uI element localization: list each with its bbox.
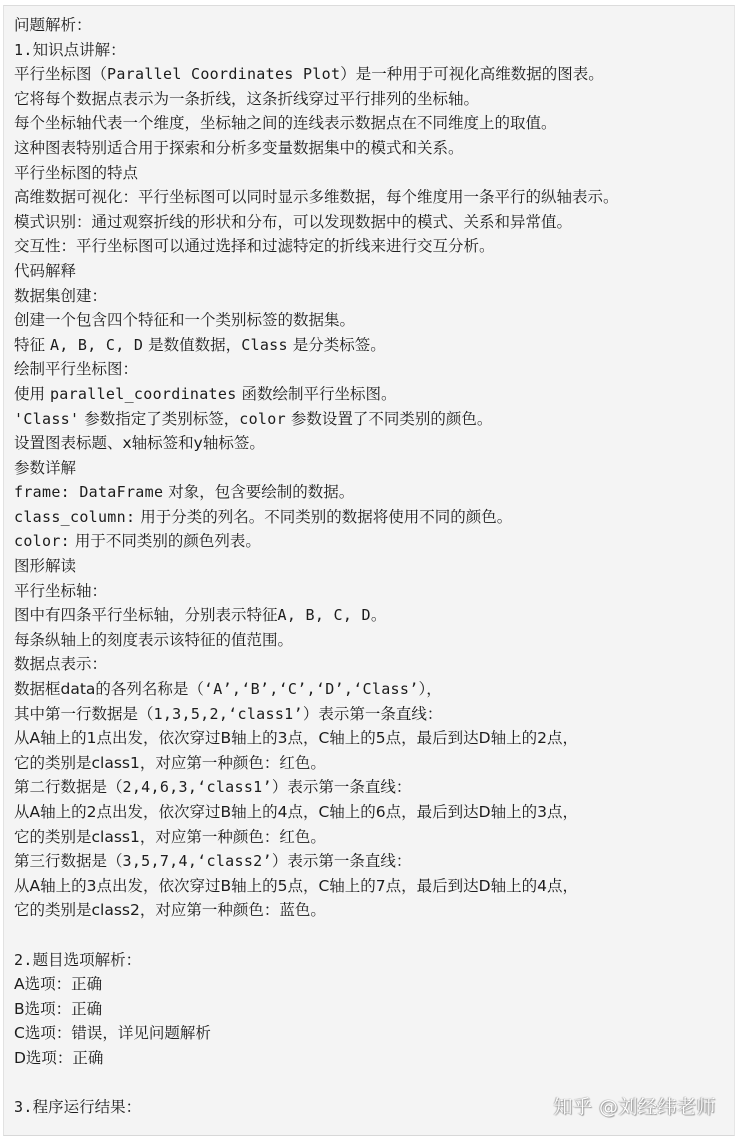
text-fragment: 数据框data的各列名称是（	[14, 680, 204, 698]
text-line: 数据集创建：	[14, 284, 734, 309]
text-line: B选项：正确	[14, 997, 734, 1022]
text-line: 平行坐标轴：	[14, 579, 734, 604]
text-line: 'Class' 参数指定了类别标签，color 参数设置了不同类别的颜色。	[14, 407, 734, 432]
code-fragment: 1.	[14, 41, 33, 59]
text-fragment: 绘制平行坐标图：	[14, 360, 138, 378]
text-line: 2.题目选项解析：	[14, 948, 734, 973]
text-line: 交互性：平行坐标图可以通过选择和过滤特定的折线来进行交互分析。	[14, 234, 734, 259]
text-fragment: 高维数据可视化：平行坐标图可以同时显示多维数据，每个维度用一条平行的纵轴表示。	[14, 188, 619, 206]
text-line: 问题解析：	[14, 13, 734, 38]
code-fragment: A, B, C, D	[50, 336, 143, 354]
text-fragment: 平行坐标图的特点	[14, 164, 138, 182]
text-fragment: 图中有四条平行坐标轴，分别表示特征	[14, 606, 278, 624]
text-fragment: 从A轴上的2点出发，依次穿过B轴上的4点，C轴上的6点，最后到达D轴上的3点，	[14, 803, 578, 821]
text-fragment: 它的类别是class1，对应第一种颜色：红色。	[14, 754, 326, 772]
text-fragment: 用于分类的列名。不同类别的数据将使用不同的颜色。	[135, 508, 512, 526]
text-fragment: B选项：正确	[14, 1000, 102, 1018]
text-fragment: 参数设置了不同类别的颜色。	[286, 410, 492, 428]
text-line: 模式识别：通过观察折线的形状和分布，可以发现数据中的模式、关系和异常值。	[14, 210, 734, 235]
code-fragment: 2,4,6,3,‘class1’	[123, 778, 272, 796]
text-fragment: 问题解析：	[14, 16, 92, 34]
text-fragment: 数据集创建：	[14, 287, 107, 305]
code-fragment: 3,5,7,4,‘class2’	[123, 852, 272, 870]
watermark: 知乎 @刘经纬老师	[553, 1092, 716, 1119]
text-fragment: 它的类别是class2，对应第一种颜色：蓝色。	[14, 901, 326, 919]
text-line: 平行坐标图的特点	[14, 161, 734, 186]
text-fragment: 它的类别是class1，对应第一种颜色：红色。	[14, 828, 326, 846]
text-fragment: 数据点表示：	[14, 655, 107, 673]
code-fragment: 1,3,5,2,‘class1’	[154, 705, 303, 723]
text-fragment: 交互性：平行坐标图可以通过选择和过滤特定的折线来进行交互分析。	[14, 237, 495, 255]
text-fragment: 第二行数据是（	[14, 778, 123, 796]
text-fragment: 用于不同类别的颜色列表。	[70, 532, 261, 550]
text-fragment: 每个坐标轴代表一个维度，坐标轴之间的连线表示数据点在不同维度上的取值。	[14, 114, 557, 132]
text-fragment: ），	[419, 680, 442, 698]
code-fragment: frame: DataFrame	[14, 483, 163, 501]
code-fragment: ‘A’,‘B’,‘C’,‘D’,‘Class’	[204, 680, 419, 698]
code-fragment: 'Class'	[14, 410, 79, 428]
text-line: 创建一个包含四个特征和一个类别标签的数据集。	[14, 308, 734, 333]
text-line: 它的类别是class1，对应第一种颜色：红色。	[14, 751, 734, 776]
text-line: 代码解释	[14, 259, 734, 284]
text-line: 从A轴上的3点出发，依次穿过B轴上的5点，C轴上的7点，最后到达D轴上的4点，	[14, 874, 734, 899]
text-fragment: ）表示第一条直线：	[303, 705, 443, 723]
text-line: D选项：正确	[14, 1046, 734, 1071]
text-line: C选项：错误，详见问题解析	[14, 1021, 734, 1046]
code-fragment: A, B, C, D	[278, 606, 371, 624]
text-line: 从A轴上的1点出发，依次穿过B轴上的3点，C轴上的5点，最后到达D轴上的2点，	[14, 726, 734, 751]
text-fragment: 函数绘制平行坐标图。	[237, 385, 397, 403]
text-fragment: ）表示第一条直线：	[272, 852, 412, 870]
text-line: 它的类别是class1，对应第一种颜色：红色。	[14, 825, 734, 850]
code-fragment: Class	[241, 336, 288, 354]
text-fragment: 其中第一行数据是（	[14, 705, 154, 723]
text-fragment: 从A轴上的3点出发，依次穿过B轴上的5点，C轴上的7点，最后到达D轴上的4点，	[14, 877, 578, 895]
text-line: 每个坐标轴代表一个维度，坐标轴之间的连线表示数据点在不同维度上的取值。	[14, 111, 734, 136]
text-fragment: C选项：错误，详见问题解析	[14, 1024, 211, 1042]
text-fragment: 模式识别：通过观察折线的形状和分布，可以发现数据中的模式、关系和异常值。	[14, 213, 572, 231]
text-fragment: A选项：正确	[14, 975, 102, 993]
text-line: 从A轴上的2点出发，依次穿过B轴上的4点，C轴上的6点，最后到达D轴上的3点，	[14, 800, 734, 825]
text-lines: 问题解析：1.知识点讲解：平行坐标图（Parallel Coordinates …	[14, 13, 734, 1120]
text-fragment: 代码解释	[14, 262, 76, 280]
text-fragment: 它将每个数据点表示为一条折线，这条折线穿过平行排列的坐标轴。	[14, 90, 479, 108]
analysis-text-panel: 问题解析：1.知识点讲解：平行坐标图（Parallel Coordinates …	[3, 5, 735, 1136]
text-fragment: 特征	[14, 336, 50, 354]
code-fragment: 3.	[14, 1098, 33, 1116]
text-line: 其中第一行数据是（1,3,5,2,‘class1’）表示第一条直线：	[14, 702, 734, 727]
text-line: 图中有四条平行坐标轴，分别表示特征A, B, C, D。	[14, 603, 734, 628]
text-line: A选项：正确	[14, 972, 734, 997]
text-line: 第二行数据是（2,4,6,3,‘class1’）表示第一条直线：	[14, 775, 734, 800]
text-fragment: 平行坐标图（	[14, 65, 107, 83]
text-line: 图形解读	[14, 554, 734, 579]
text-line: 特征 A, B, C, D 是数值数据，Class 是分类标签。	[14, 333, 734, 358]
text-fragment: 是分类标签。	[288, 336, 386, 354]
text-line: 数据点表示：	[14, 652, 734, 677]
text-fragment: 这种图表特别适合用于探索和分析多变量数据集中的模式和关系。	[14, 139, 464, 157]
text-line: 设置图表标题、x轴标签和y轴标签。	[14, 431, 734, 456]
text-fragment: 程序运行结果：	[33, 1098, 142, 1116]
text-fragment: 知识点讲解：	[33, 41, 126, 59]
blank-line	[14, 923, 734, 948]
text-fragment: D选项：正确	[14, 1049, 103, 1067]
text-line: 使用 parallel_coordinates 函数绘制平行坐标图。	[14, 382, 734, 407]
code-fragment: color:	[14, 532, 70, 550]
text-line: 高维数据可视化：平行坐标图可以同时显示多维数据，每个维度用一条平行的纵轴表示。	[14, 185, 734, 210]
text-line: 数据框data的各列名称是（‘A’,‘B’,‘C’,‘D’,‘Class’），	[14, 677, 734, 702]
text-fragment: 参数详解	[14, 459, 76, 477]
text-line: 第三行数据是（3,5,7,4,‘class2’）表示第一条直线：	[14, 849, 734, 874]
text-fragment: 。	[371, 606, 387, 624]
text-fragment: 对象，包含要绘制的数据。	[163, 483, 354, 501]
text-fragment: 创建一个包含四个特征和一个类别标签的数据集。	[14, 311, 355, 329]
text-line: 绘制平行坐标图：	[14, 357, 734, 382]
code-fragment: Parallel Coordinates Plot	[107, 65, 340, 83]
text-line: 它的类别是class2，对应第一种颜色：蓝色。	[14, 898, 734, 923]
text-line: 1.知识点讲解：	[14, 38, 734, 63]
text-fragment: 每条纵轴上的刻度表示该特征的值范围。	[14, 631, 293, 649]
text-fragment: 设置图表标题、x轴标签和y轴标签。	[14, 434, 265, 452]
text-line: 参数详解	[14, 456, 734, 481]
text-fragment: 第三行数据是（	[14, 852, 123, 870]
code-fragment: parallel_coordinates	[50, 385, 237, 403]
text-fragment: 题目选项解析：	[33, 951, 142, 969]
text-line: 平行坐标图（Parallel Coordinates Plot）是一种用于可视化…	[14, 62, 734, 87]
text-fragment: 使用	[14, 385, 50, 403]
text-fragment: 是数值数据，	[143, 336, 241, 354]
code-fragment: 2.	[14, 951, 33, 969]
text-line: 这种图表特别适合用于探索和分析多变量数据集中的模式和关系。	[14, 136, 734, 161]
text-fragment: 从A轴上的1点出发，依次穿过B轴上的3点，C轴上的5点，最后到达D轴上的2点，	[14, 729, 578, 747]
text-fragment: 平行坐标轴：	[14, 582, 107, 600]
text-line: class_column: 用于分类的列名。不同类别的数据将使用不同的颜色。	[14, 505, 734, 530]
text-line: color: 用于不同类别的颜色列表。	[14, 529, 734, 554]
text-line: 它将每个数据点表示为一条折线，这条折线穿过平行排列的坐标轴。	[14, 87, 734, 112]
text-fragment: 参数指定了类别标签，	[79, 410, 239, 428]
code-fragment: class_column:	[14, 508, 135, 526]
code-fragment: color	[239, 410, 286, 428]
text-line: frame: DataFrame 对象，包含要绘制的数据。	[14, 480, 734, 505]
text-line: 每条纵轴上的刻度表示该特征的值范围。	[14, 628, 734, 653]
text-fragment: ）是一种用于可视化高维数据的图表。	[340, 65, 604, 83]
text-fragment: ）表示第一条直线：	[272, 778, 412, 796]
text-fragment: 图形解读	[14, 557, 76, 575]
